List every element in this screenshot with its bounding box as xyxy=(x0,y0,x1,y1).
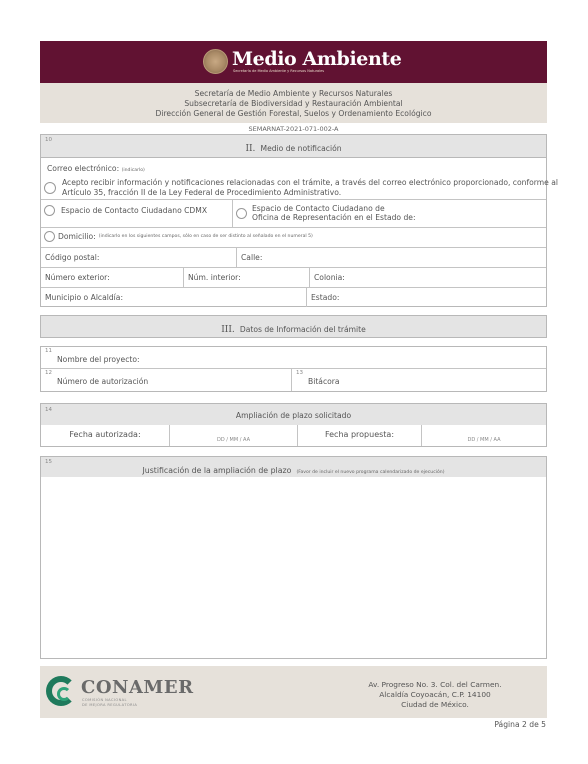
brand-title: Medio Ambiente xyxy=(232,49,401,69)
footer-banner: CONAMER COMISIÓN NACIONAL DE MEJORA REGU… xyxy=(40,666,547,718)
proposed-date-placeholder: DD / MM / AA xyxy=(467,437,500,443)
field-number: 13 xyxy=(296,370,303,376)
estado-label: Estado: xyxy=(311,293,339,302)
field-number: 14 xyxy=(45,398,52,422)
municipio-field[interactable]: Municipio o Alcaldía: xyxy=(41,288,307,307)
domicilio-label: Domicilio: xyxy=(58,232,96,241)
agency-line: Dirección General de Gestión Forestal, S… xyxy=(40,109,547,119)
option-state-label: Espacio de Contacto Ciudadano de xyxy=(252,204,416,213)
extension-dates-row: Fecha autorizada: DD / MM / AA Fecha pro… xyxy=(40,425,547,447)
address-line: Alcaldía Coyoacán, C.P. 14100 xyxy=(360,690,510,700)
field-number: 11 xyxy=(45,348,52,354)
option-cdmx-label: Espacio de Contacto Ciudadano CDMX xyxy=(61,206,207,215)
bitacora-label: Bitácora xyxy=(308,377,340,386)
email-label-text: Correo electrónico: xyxy=(47,164,119,173)
address-line: Av. Progreso No. 3. Col. del Carmen. xyxy=(360,680,510,690)
form-code: SEMARNAT-2021-071-002-A xyxy=(40,124,547,134)
procedure-info-box: 11 Nombre del proyecto: 12 Número de aut… xyxy=(40,346,547,392)
int-number-label: Núm. interior: xyxy=(188,273,241,282)
field-number: 12 xyxy=(45,370,52,376)
conamer-subtitle: COMISIÓN NACIONAL DE MEJORA REGULATORIA xyxy=(82,698,137,708)
email-label: Correo electrónico: (indicarlo) xyxy=(47,164,145,173)
bitacora-field[interactable]: 13 Bitácora xyxy=(292,369,546,391)
extension-header: 14 Ampliación de plazo solicitado xyxy=(40,403,547,426)
extension-title: Ampliación de plazo solicitado xyxy=(236,411,351,420)
option-cdmx[interactable]: Espacio de Contacto Ciudadano CDMX xyxy=(44,205,207,216)
postal-code-field[interactable]: Código postal: xyxy=(41,248,237,268)
option-state-label: Oficina de Representación en el Estado d… xyxy=(252,213,416,222)
colonia-label: Colonia: xyxy=(314,273,345,282)
authorized-date-label: Fecha autorizada: xyxy=(69,430,140,439)
consent-text: Acepto recibir información y notificacio… xyxy=(62,178,558,188)
proposed-date-input[interactable]: DD / MM / AA xyxy=(422,425,546,446)
section-title: Datos de Información del trámite xyxy=(240,325,366,334)
state-office-radio[interactable] xyxy=(236,208,247,219)
section-3-header: III. Datos de Información del trámite xyxy=(40,315,547,338)
section-title: Medio de notificación xyxy=(261,144,342,153)
street-label: Calle: xyxy=(241,253,262,262)
email-consent-option[interactable]: Acepto recibir información y notificacio… xyxy=(44,178,544,198)
section-2-header: 10 II. Medio de notificación xyxy=(40,134,547,158)
ext-number-label: Número exterior: xyxy=(45,273,110,282)
conamer-logo-icon xyxy=(46,676,76,706)
address-line: Ciudad de México. xyxy=(360,700,510,710)
justification-textarea[interactable] xyxy=(40,477,547,659)
justification-title: Justificación de la ampliación de plazo xyxy=(142,466,291,475)
cdmx-radio[interactable] xyxy=(44,205,55,216)
domicilio-radio[interactable] xyxy=(44,231,55,242)
authorization-number-label: Número de autorización xyxy=(57,377,148,386)
domicilio-hint: (indicarlo en los siguientes campos, sól… xyxy=(99,234,313,239)
section-roman: III. xyxy=(221,325,235,335)
agency-block: Secretaría de Medio Ambiente y Recursos … xyxy=(40,83,547,123)
brand-subtitle: Secretaría de Medio Ambiente y Recursos … xyxy=(233,69,401,74)
header-banner: Medio Ambiente Secretaría de Medio Ambie… xyxy=(40,41,547,83)
agency-line: Secretaría de Medio Ambiente y Recursos … xyxy=(40,89,547,99)
conamer-name: CONAMER xyxy=(81,677,194,698)
coat-of-arms-icon xyxy=(203,49,228,74)
authorized-date-input[interactable]: DD / MM / AA xyxy=(170,425,298,446)
estado-field[interactable]: Estado: xyxy=(307,288,546,307)
postal-code-label: Código postal: xyxy=(45,253,99,262)
page-number: Página 2 de 5 xyxy=(480,720,546,729)
municipio-label: Municipio o Alcaldía: xyxy=(45,293,123,302)
email-consent-radio[interactable] xyxy=(44,182,56,194)
justification-header: 15 Justificación de la ampliación de pla… xyxy=(40,456,547,478)
brand-logo: Medio Ambiente Secretaría de Medio Ambie… xyxy=(203,49,401,74)
notification-box: Correo electrónico: (indicarlo) Acepto r… xyxy=(40,157,547,307)
int-number-field[interactable]: Núm. interior: xyxy=(184,268,310,288)
colonia-field[interactable]: Colonia: xyxy=(310,268,546,288)
proposed-date-label-cell: Fecha propuesta: xyxy=(298,425,422,446)
street-field[interactable]: Calle: xyxy=(237,248,546,268)
option-domicilio[interactable]: Domicilio: (indicarlo en los siguientes … xyxy=(44,231,313,242)
ext-number-field[interactable]: Número exterior: xyxy=(41,268,184,288)
option-state-office[interactable]: Espacio de Contacto Ciudadano de Oficina… xyxy=(236,204,416,222)
proposed-date-label: Fecha propuesta: xyxy=(325,430,394,439)
footer-address: Av. Progreso No. 3. Col. del Carmen. Alc… xyxy=(360,680,510,710)
email-hint: (indicarlo) xyxy=(122,168,145,173)
field-number: 15 xyxy=(45,451,52,473)
project-name-field[interactable]: 11 Nombre del proyecto: xyxy=(41,347,546,369)
agency-line: Subsecretaría de Biodiversidad y Restaur… xyxy=(40,99,547,109)
justification-hint: (Favor de incluir el nuevo programa cale… xyxy=(296,470,444,475)
authorization-number-field[interactable]: 12 Número de autorización xyxy=(41,369,292,391)
section-roman: II. xyxy=(245,144,255,154)
field-number: 10 xyxy=(45,129,52,151)
project-name-label: Nombre del proyecto: xyxy=(57,355,140,364)
consent-text: Artículo 35, fracción II de la Ley Feder… xyxy=(62,188,558,198)
conamer-subtitle-line: DE MEJORA REGULATORIA xyxy=(82,703,137,708)
authorized-date-label-cell: Fecha autorizada: xyxy=(41,425,170,446)
authorized-date-placeholder: DD / MM / AA xyxy=(217,437,250,443)
